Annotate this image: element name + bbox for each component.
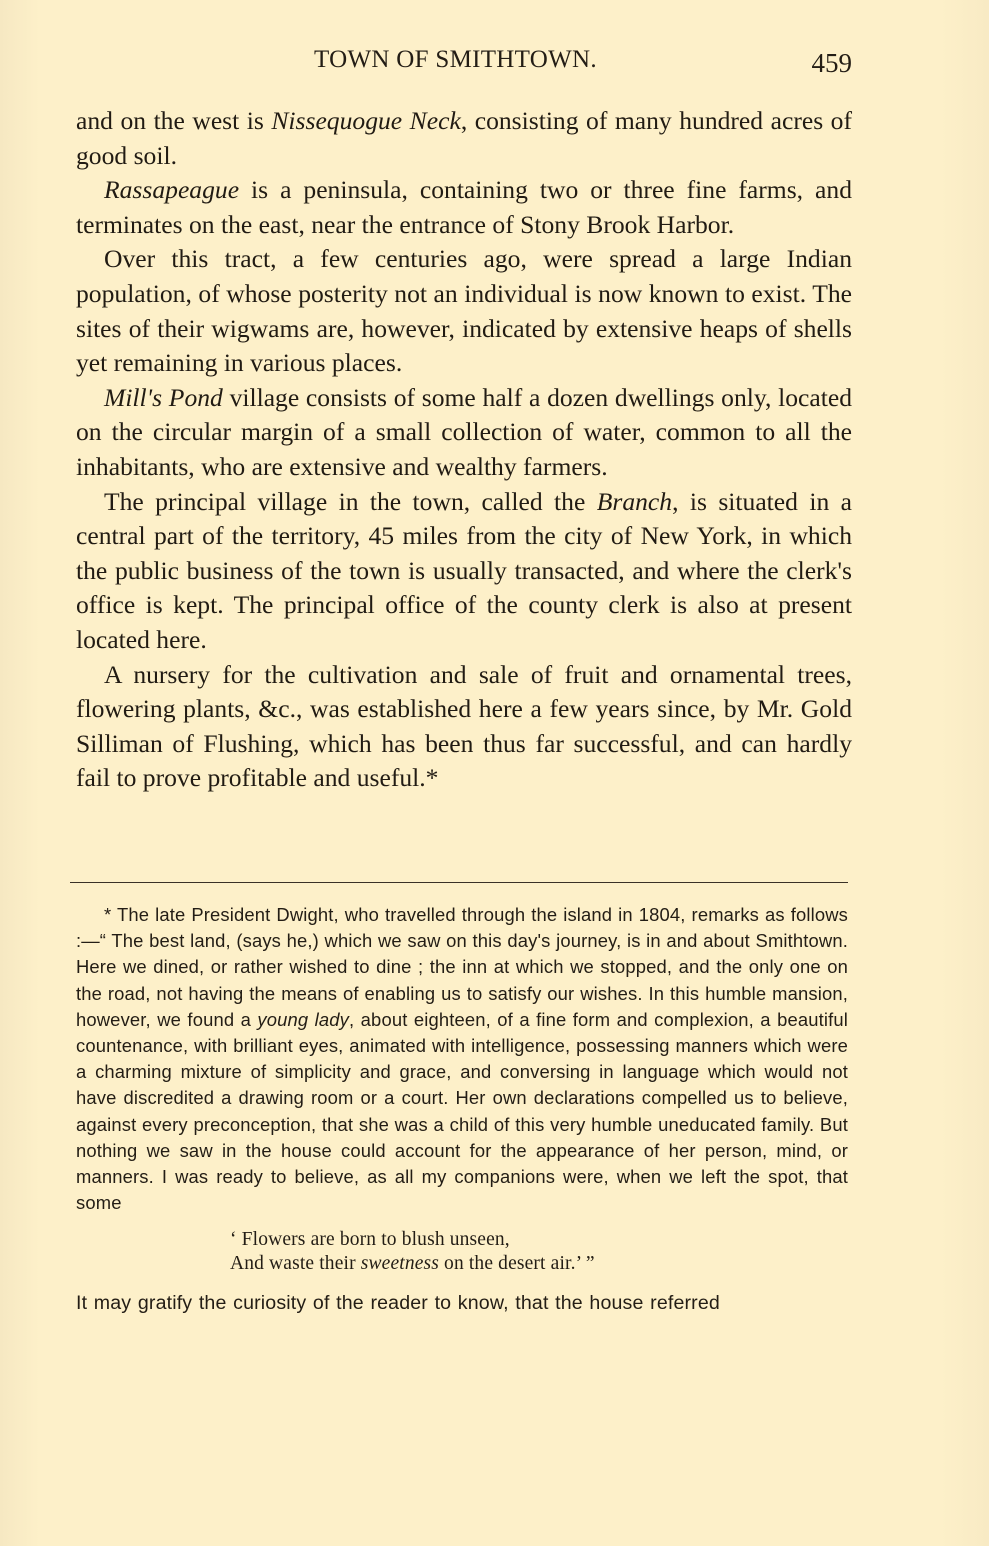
text-run: on the desert air.’ ” — [439, 1253, 595, 1274]
text-run: The principal village in the town, calle… — [104, 487, 597, 516]
paragraph-branch-village: The principal village in the town, calle… — [76, 485, 852, 658]
running-head: TOWN OF SMITHTOWN. 459 — [76, 42, 852, 82]
text-run: Over this tract, a few centuries ago, we… — [76, 244, 852, 377]
verse-line-1: ‘ Flowers are born to blush unseen, — [230, 1228, 848, 1252]
book-page: TOWN OF SMITHTOWN. 459 and on the west i… — [0, 0, 989, 1546]
running-title: TOWN OF SMITHTOWN. — [314, 46, 597, 74]
page-number: 459 — [812, 48, 853, 79]
text-run: , about eighteen, of a fine form and com… — [76, 1009, 848, 1213]
paragraph-mills-pond: Mill's Pond village consists of some hal… — [76, 381, 852, 485]
text-run: A nursery for the cultivation and sale o… — [76, 660, 852, 793]
italic-word: sweetness — [361, 1253, 439, 1274]
text-run: And waste their — [230, 1253, 361, 1274]
italic-phrase: young lady — [257, 1009, 349, 1030]
footnote-divider — [70, 882, 848, 883]
paragraph-rassapeague: Rassapeague is a peninsula, containing t… — [76, 173, 852, 242]
footnote: * The late President Dwight, who travell… — [76, 902, 848, 1317]
verse-line-2: And waste their sweetness on the desert … — [230, 1252, 848, 1276]
footnote-paragraph: * The late President Dwight, who travell… — [76, 902, 848, 1216]
place-name-italic: Mill's Pond — [104, 383, 223, 412]
quoted-verse: ‘ Flowers are born to blush unseen, And … — [230, 1228, 848, 1276]
place-name-italic: Branch — [597, 487, 672, 516]
body-text: and on the west is Nissequogue Neck, con… — [76, 104, 852, 796]
paragraph-nissequogue: and on the west is Nissequogue Neck, con… — [76, 104, 852, 173]
paragraph-indian-population: Over this tract, a few centuries ago, we… — [76, 242, 852, 380]
text-run: and on the west is — [76, 106, 271, 135]
place-name-italic: Rassapeague — [104, 175, 239, 204]
place-name-italic: Nissequogue Neck — [271, 106, 460, 135]
paragraph-nursery: A nursery for the cultivation and sale o… — [76, 658, 852, 796]
footnote-continuation: It may gratify the curiosity of the read… — [76, 1290, 848, 1316]
